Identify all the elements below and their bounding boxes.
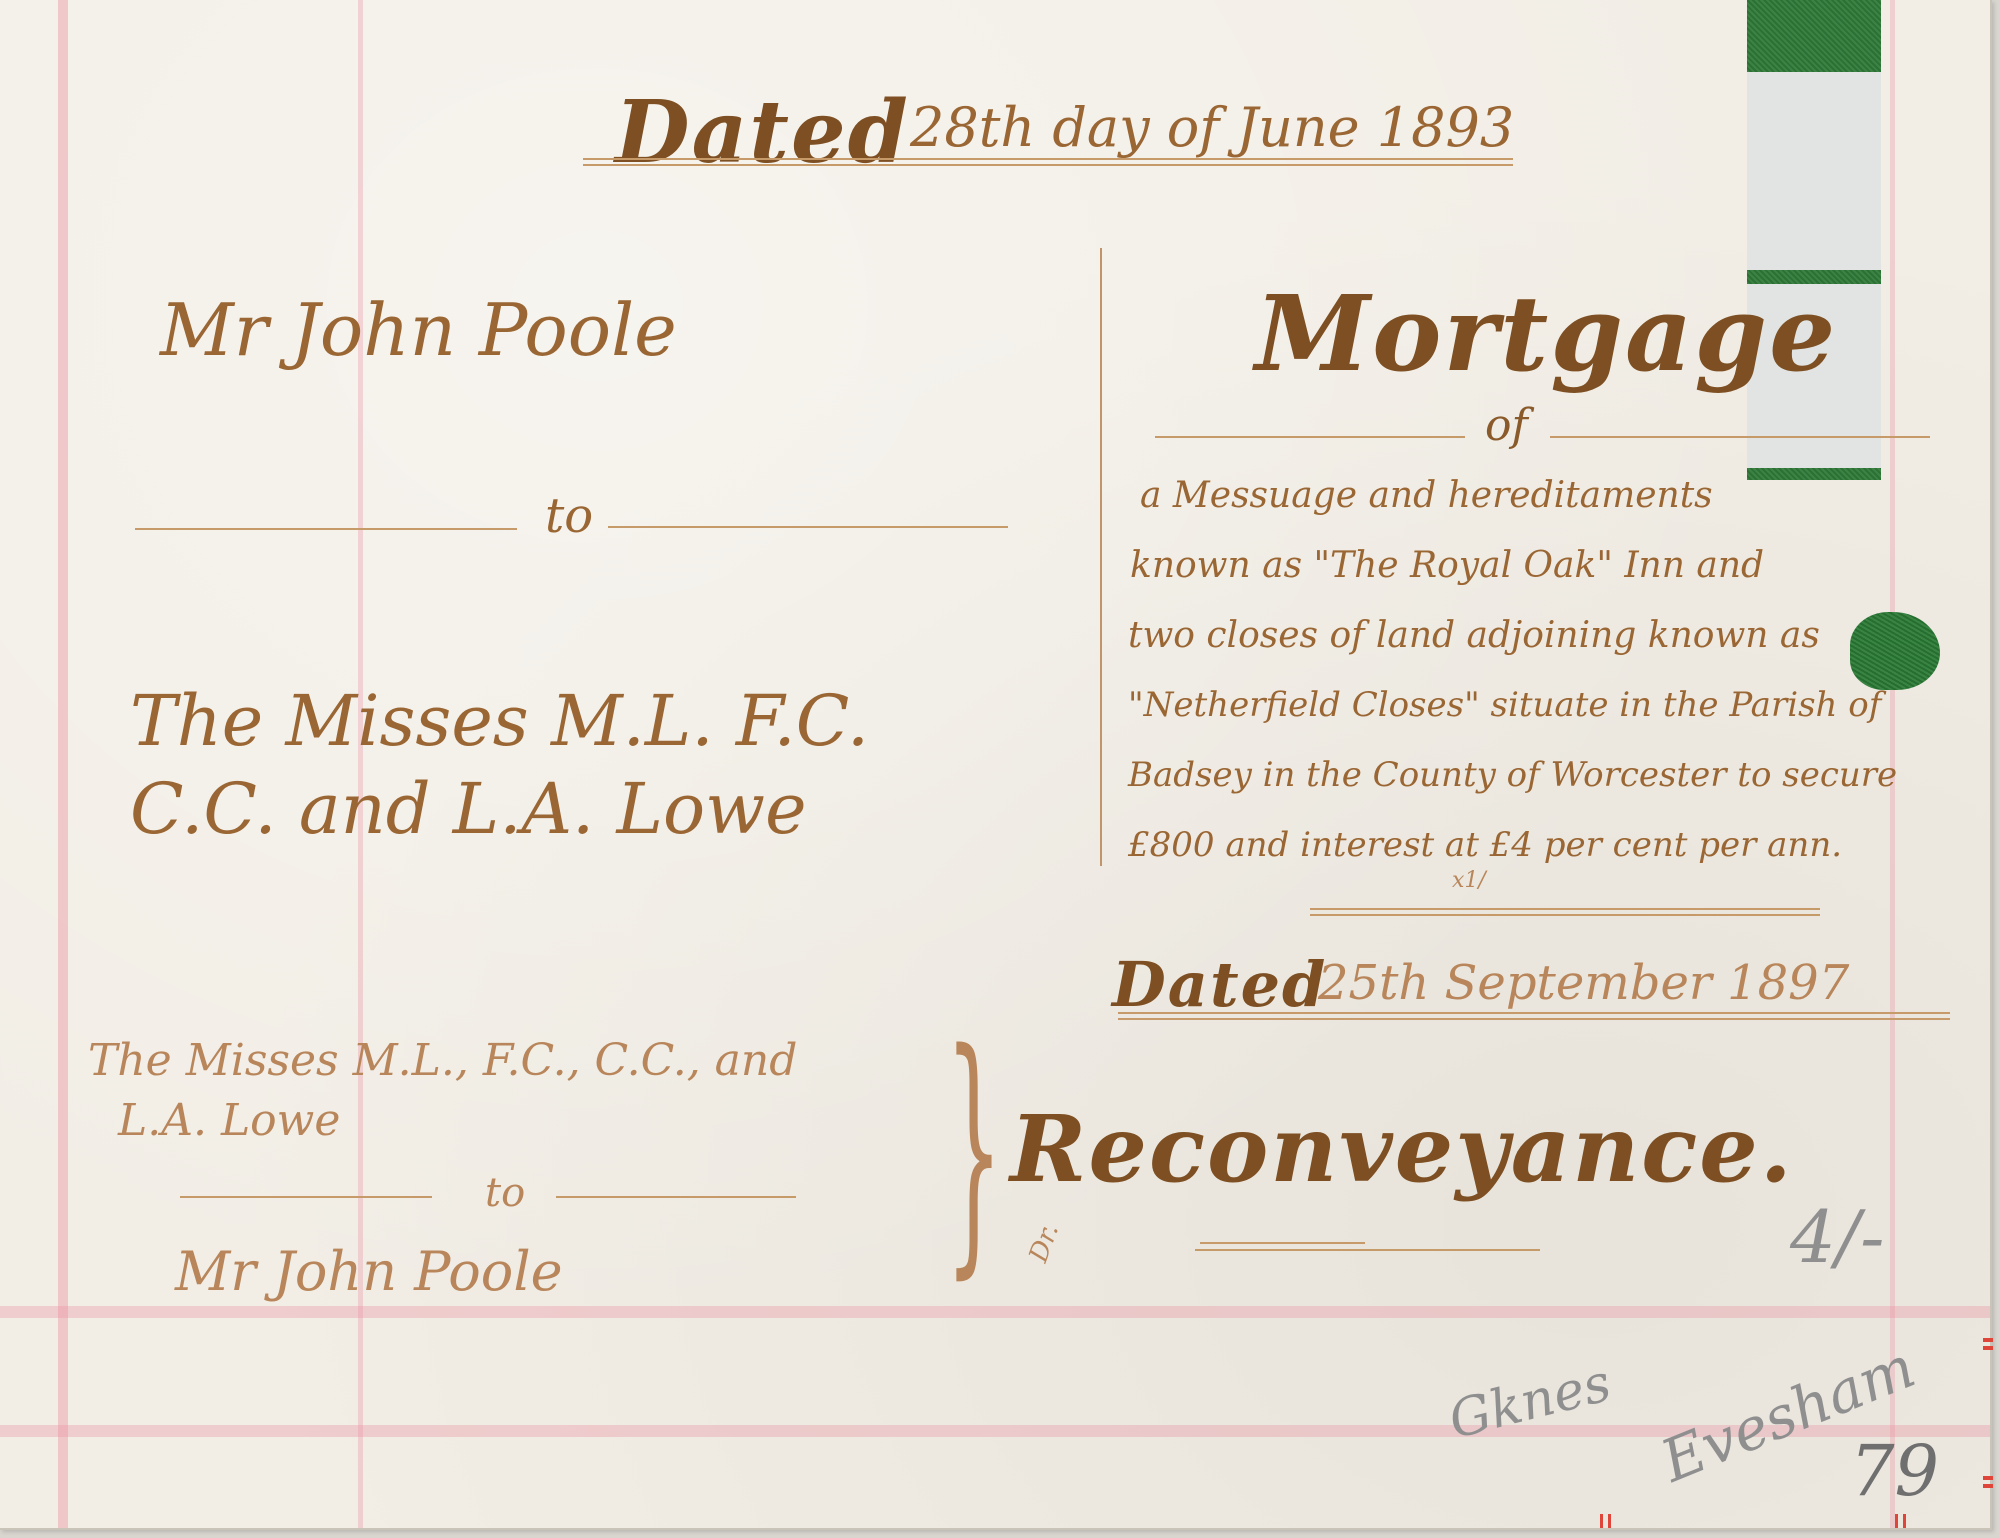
of-line-left	[1155, 436, 1465, 438]
to-line-right	[608, 526, 1008, 528]
mortgage-dated-label: Dated	[615, 82, 910, 183]
ribbon-seal	[1850, 612, 1940, 690]
edge-tick	[1983, 1484, 1993, 1488]
edge-tick	[1600, 1514, 1603, 1528]
description-line-1: a Messuage and hereditaments	[1140, 475, 1713, 516]
reconveyance-underline-lower	[1195, 1249, 1540, 1251]
document-sheet: Dated 28th day of June 1893 Mr John Pool…	[0, 0, 1992, 1530]
mortgagees-line-2: C.C. and L.A. Lowe	[130, 768, 807, 850]
reconveyance-to-line-right	[556, 1196, 796, 1198]
description-line-4: "Netherfield Closes" situate in the Pari…	[1128, 685, 1881, 725]
edge-tick	[1903, 1514, 1906, 1528]
reconveyance-dated-label: Dated	[1112, 948, 1327, 1021]
description-annotation: x1/	[1452, 868, 1486, 893]
margin-mark: Dr.	[1024, 1220, 1065, 1267]
to-line-left	[135, 528, 517, 530]
grantee-name: Mr John Poole	[175, 1240, 563, 1303]
center-divider	[1100, 248, 1102, 866]
description-line-3: two closes of land adjoining known as	[1128, 615, 1820, 656]
mortgage-date-underline	[583, 158, 1513, 160]
description-line-5: Badsey in the County of Worcester to sec…	[1128, 755, 1897, 795]
description-line-2: known as "The Royal Oak" Inn and	[1130, 545, 1764, 586]
grantors-line-1: The Misses M.L., F.C., C.C., and	[88, 1035, 797, 1086]
mortgage-dated-value: 28th day of June 1893	[910, 96, 1514, 159]
bracket-brace: }	[945, 1020, 1003, 1280]
mortgagees-line-1: The Misses M.L. F.C.	[130, 680, 869, 762]
edge-tick	[1983, 1476, 1993, 1480]
mortgagor-name: Mr John Poole	[160, 288, 677, 372]
ribbon-band-2	[1747, 468, 1881, 480]
mortgage-title: Mortgage	[1255, 272, 1837, 395]
description-underline	[1310, 908, 1820, 910]
mortgage-to-label: to	[545, 488, 593, 544]
edge-tick	[1895, 1514, 1898, 1528]
description-line-6: £800 and interest at £4 per cent per ann…	[1128, 825, 1842, 865]
reconveyance-to-line-left	[180, 1196, 432, 1198]
of-label: of	[1485, 400, 1528, 451]
reconveyance-title: Reconveyance.	[1010, 1095, 1794, 1203]
pencil-note-price: 4/-	[1790, 1195, 1884, 1279]
bottom-rule-1	[0, 1306, 1990, 1318]
ribbon-top	[1747, 0, 1881, 72]
reconveyance-dated-value: 25th September 1897	[1318, 955, 1849, 1011]
pencil-note-number: 79	[1850, 1430, 1939, 1512]
reconveyance-date-underline	[1118, 1012, 1950, 1014]
grantors-line-2: L.A. Lowe	[118, 1095, 340, 1146]
edge-tick	[1608, 1514, 1611, 1528]
edge-tick	[1983, 1346, 1993, 1350]
paper-tape-1	[1747, 72, 1881, 270]
reconveyance-to-label: to	[485, 1170, 525, 1216]
of-line-right	[1550, 436, 1930, 438]
margin-rule-left	[58, 0, 68, 1528]
edge-tick	[1983, 1338, 1993, 1342]
reconveyance-underline-upper	[1200, 1242, 1365, 1244]
